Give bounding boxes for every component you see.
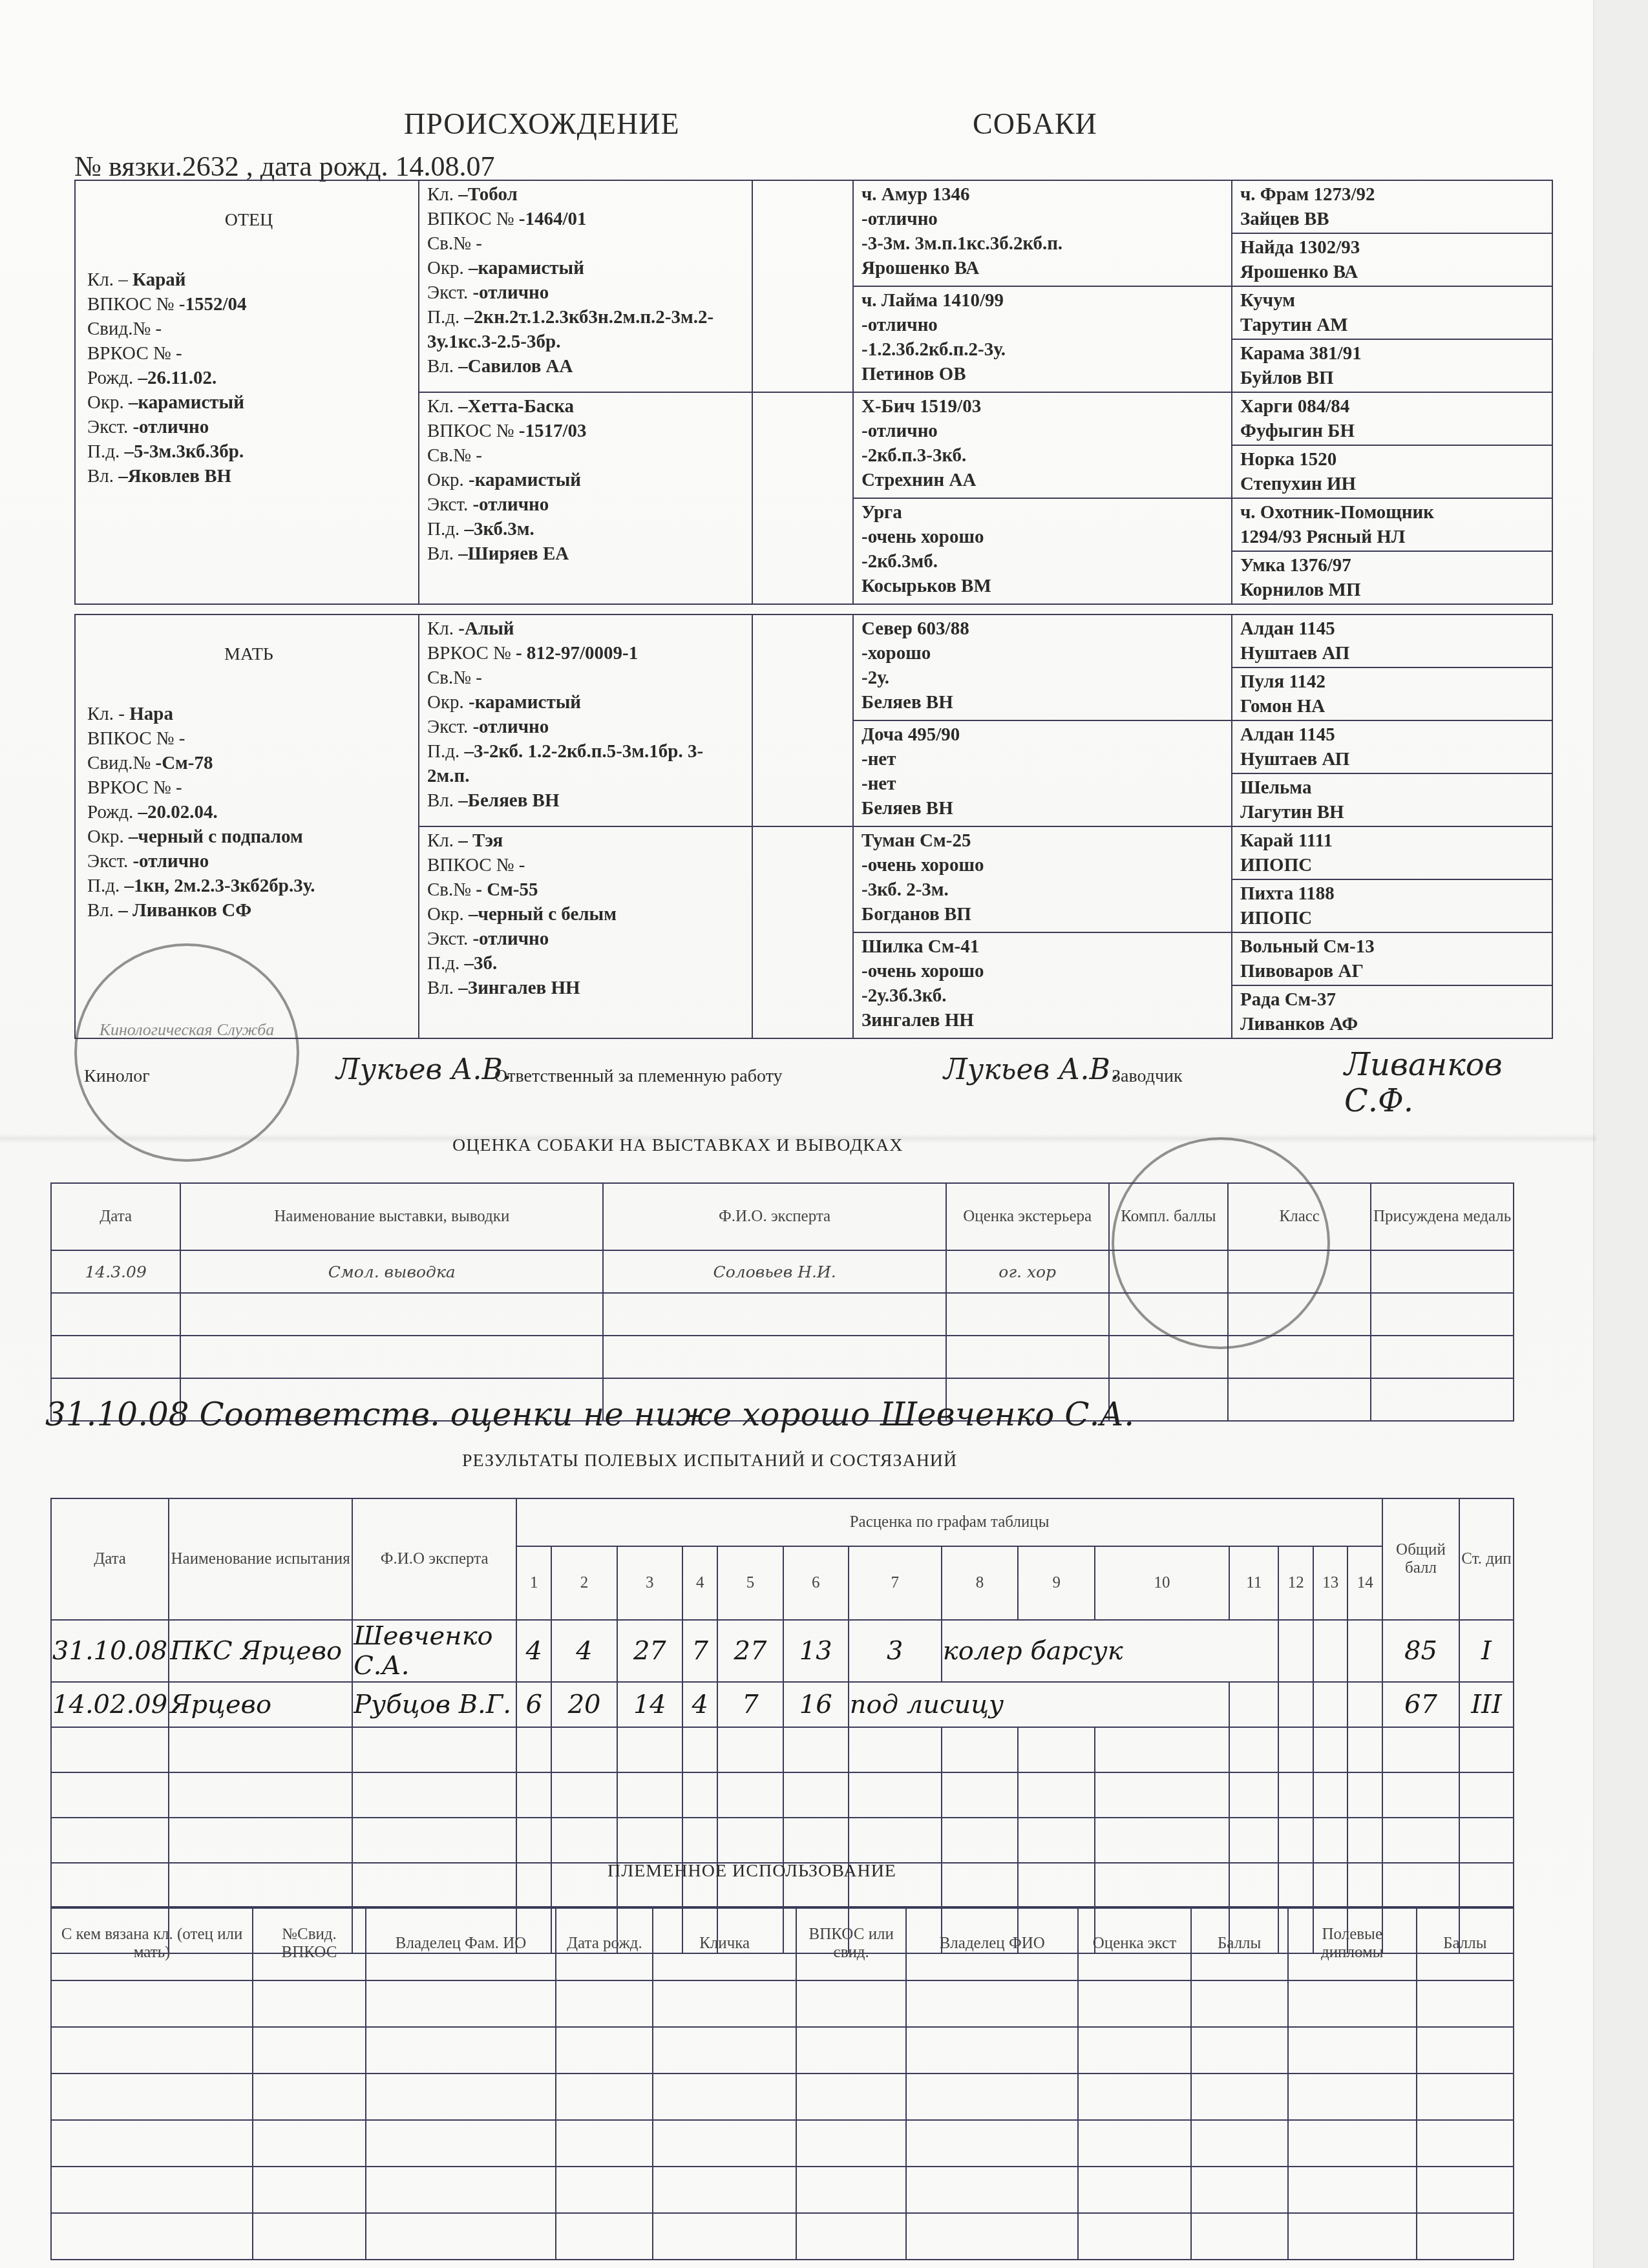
ancestor-line: Туман См-25 [861, 828, 1223, 853]
ancestor-line: -3кб. 2-3м. [861, 877, 1223, 902]
great-grandparent-cell: Урга-очень хорошо-2кб.3мб.Косырьков ВМ [853, 498, 1232, 604]
table-cell: Шевченко С.А. [352, 1620, 516, 1682]
score-cell [942, 1863, 1019, 1908]
pedigree-field: Кл. - Нара [87, 702, 410, 726]
shows-stamp [1112, 1137, 1330, 1349]
score-column-header: 2 [551, 1546, 617, 1620]
pedigree-field: Св.№ - [427, 443, 744, 468]
column-header: Владелец Фам. ИО [366, 1907, 556, 1980]
pedigree-field: Вл. – Ливанков СФ [87, 898, 410, 923]
ancestor-line: -отлично [861, 207, 1223, 231]
field-label: Кл. – [87, 269, 132, 290]
score-cell [1278, 1772, 1313, 1818]
field-label: Свид.№ [87, 753, 155, 773]
pedigree-field: Окр. –карамистый [87, 390, 410, 415]
table-cell [1078, 2027, 1190, 2074]
ancestor-line: -2кб.3мб. [861, 549, 1223, 574]
table-cell [1078, 2167, 1190, 2213]
score-cell: 7 [717, 1682, 783, 1727]
pedigree-row: ОТЕЦКл. – КарайВПКОС № -1552/04Свид.№ -В… [75, 180, 1552, 233]
pedigree-field: Экст. -отлично [427, 927, 744, 951]
total-cell [1382, 1818, 1459, 1863]
ancestor-line: -отлично [861, 419, 1223, 443]
table-cell [1288, 1980, 1417, 2027]
pedigree-field: П.д. –3кб.3м. [427, 517, 744, 541]
table-cell [796, 2120, 906, 2167]
pedigree-field: Рожд. –20.02.04. [87, 800, 410, 824]
table-cell: 14.3.09 [51, 1250, 180, 1293]
field-label: Вл. [427, 543, 458, 564]
score-column-header: 10 [1095, 1546, 1229, 1620]
shows-section-title: ОЦЕНКА СОБАКИ НА ВЫСТАВКАХ И ВЫВОДКАХ [452, 1135, 903, 1156]
field-label: Кл. [427, 396, 458, 417]
table-row [51, 2074, 1514, 2120]
pedigree-field: Кл. – Карай [87, 268, 410, 292]
score-cell: 4 [682, 1682, 717, 1727]
field-label: ВРКОС № - [87, 343, 182, 364]
pedigree-field: ВРКОС № - 812-97/0009-1 [427, 641, 744, 666]
ancestor-line: Зайцев ВВ [1240, 207, 1544, 231]
spacer-cell [752, 614, 853, 826]
table-cell: ПКС Ярцево [169, 1620, 352, 1682]
table-cell [51, 2074, 253, 2120]
field-label: Окр. [427, 470, 469, 490]
table-cell [366, 2074, 556, 2120]
table-cell [1191, 1980, 1288, 2027]
table-cell [180, 1336, 603, 1378]
ancestor-line: Харги 084/84 [1240, 394, 1544, 419]
ancestor-line: Кучум [1240, 288, 1544, 313]
field-value: –карамистый [469, 258, 584, 278]
ancestor-line: -очень хорошо [861, 959, 1223, 983]
table-cell [51, 1336, 180, 1378]
column-header: Дата [51, 1183, 180, 1250]
field-label: Экст. [87, 851, 132, 872]
pedigree-row: МАТЬКл. - НараВПКОС № -Свид.№ -См-78ВРКО… [75, 614, 1552, 667]
field-value: -1464/01 [519, 209, 587, 229]
table-cell [1288, 2074, 1417, 2120]
pedigree-field: Вл. –Беляев ВН [427, 788, 744, 813]
field-value: – Ливанков СФ [118, 900, 251, 921]
ancestor-line: Косырьков ВМ [861, 574, 1223, 598]
table-cell [169, 1727, 352, 1772]
great-grandparent-cell: ч. Амур 1346-отлично-3-3м. 3м.п.1кс.3б.2… [853, 180, 1232, 286]
pedigree-field: ВРКОС № - [87, 775, 410, 800]
ancestor-line: Карама 381/91 [1240, 341, 1544, 366]
field-label: Рожд. [87, 368, 138, 388]
field-value: –Савилов АА [458, 356, 573, 377]
field-label: Св.№ [427, 879, 476, 900]
responsible-signature: Лукьев А.В. [944, 1053, 1119, 1086]
table-row [51, 1980, 1514, 2027]
table-cell [796, 2213, 906, 2260]
table-cell [653, 2120, 796, 2167]
table-cell [51, 1772, 169, 1818]
table-cell [1417, 2027, 1514, 2074]
ancestor-line: ч. Охотник-Помощник [1240, 500, 1544, 525]
pedigree-field: Кл. –Тобол [427, 182, 744, 207]
table-cell [352, 1818, 516, 1863]
score-cell [551, 1772, 617, 1818]
table-cell [366, 2027, 556, 2074]
column-header: №Свид. ВПКОС [253, 1907, 366, 1980]
table-cell [253, 2027, 366, 2074]
table-cell [1078, 2074, 1190, 2120]
pedigree-field: Св.№ - [427, 666, 744, 690]
pedigree-field: ВРКОС № - [87, 341, 410, 366]
table-cell [1078, 2213, 1190, 2260]
pedigree-field: П.д. –2кн.2т.1.2.3кб3н.2м.п.2-3м.2-3у.1к… [427, 305, 744, 354]
field-label: Кл. [427, 830, 458, 851]
column-header-diploma: Ст. дип [1459, 1498, 1514, 1620]
table-cell: Соловьев Н.И. [603, 1250, 945, 1293]
ancestor-line: Буйлов ВП [1240, 366, 1544, 390]
breeding-section-title: ПЛЕМЕННОЕ ИСПОЛЬЗОВАНИЕ [607, 1861, 896, 1882]
table-cell [51, 1980, 253, 2027]
table-row [51, 1336, 1514, 1378]
table-cell [556, 2027, 653, 2074]
ancestor-line: Беляев ВН [861, 796, 1223, 821]
field-label: Окр. [87, 826, 129, 847]
table-cell [946, 1293, 1109, 1336]
table-cell [51, 2120, 253, 2167]
pedigree-field: Св.№ - [427, 231, 744, 256]
table-cell [946, 1336, 1109, 1378]
table-row [51, 2167, 1514, 2213]
field-value: -Алый [458, 618, 514, 639]
score-cell [1018, 1863, 1095, 1908]
score-column-header: 8 [942, 1546, 1019, 1620]
score-cell [1018, 1772, 1095, 1818]
score-cell [1347, 1863, 1382, 1908]
great-great-grandparent-cell: Умка 1376/97Корнилов МП [1232, 551, 1552, 604]
score-cell [1313, 1772, 1347, 1818]
great-great-grandparent-cell: Норка 1520Степухин ИН [1232, 445, 1552, 498]
score-cell [516, 1727, 551, 1772]
ancestor-line: Зингалев НН [861, 1008, 1223, 1033]
table-cell [1191, 2074, 1288, 2120]
stamp-text: Кинологическая Служба [77, 1017, 297, 1043]
ancestor-line: Фуфыгин БН [1240, 419, 1544, 443]
table-cell [653, 2027, 796, 2074]
ancestor-line: -нет [861, 747, 1223, 772]
score-cell: 7 [682, 1620, 717, 1682]
pedigree-field: Кл. -Алый [427, 616, 744, 641]
field-value: –черный с подпалом [129, 826, 303, 847]
table-row [51, 2213, 1514, 2260]
signatures-row: Кинолог Лукьев А.В. Ответственный за пле… [84, 1060, 1570, 1098]
pedigree-field: Свид.№ -См-78 [87, 751, 410, 775]
field-label: ВПКОС № - [87, 294, 185, 315]
litter-info: № вязки.2632 , дата рожд. 14.08.07 [74, 150, 494, 183]
field-value: –5-3м.3кб.3бр. [124, 441, 244, 462]
ancestor-line: Пивоваров АГ [1240, 959, 1544, 983]
field-label: ВПКОС № - [87, 728, 185, 749]
score-cell [1313, 1620, 1347, 1682]
field-value: –1кн, 2м.2.3-3кб2бр.3у. [124, 876, 315, 896]
score-cell: 27 [717, 1620, 783, 1682]
pedigree-field: Экст. -отлично [87, 415, 410, 439]
field-value: Карай [132, 269, 185, 290]
pedigree-field: Вл. –Ширяев ЕА [427, 541, 744, 566]
column-header: Оценка экстерьера [946, 1183, 1109, 1250]
table-cell: Смол. выводка [180, 1250, 603, 1293]
great-great-grandparent-cell: ч. Охотник-Помощник1294/93 Рясный НЛ [1232, 498, 1552, 551]
field-label: Окр. [87, 392, 129, 413]
field-value: -карамистый [469, 470, 581, 490]
field-value: –Тобол [458, 184, 518, 205]
score-column-header: 3 [617, 1546, 682, 1620]
great-great-grandparent-cell: Алдан 1145Нуштаев АП [1232, 614, 1552, 667]
pedigree-field: Экст. -отлично [427, 715, 744, 739]
table-cell [253, 2120, 366, 2167]
table-cell [253, 2074, 366, 2120]
ancestor-line: Урга [861, 500, 1223, 525]
ancestor-line: Богданов ВП [861, 902, 1223, 927]
breeder-signature: Ливанков С.Ф. [1344, 1047, 1570, 1119]
table-cell [1417, 2120, 1514, 2167]
table-cell [556, 2074, 653, 2120]
ancestor-line: Пуля 1142 [1240, 669, 1544, 694]
score-cell [717, 1772, 783, 1818]
diploma-cell: III [1459, 1682, 1514, 1727]
field-label: Экст. [427, 929, 472, 949]
table-cell [1417, 2213, 1514, 2260]
score-cell [942, 1727, 1019, 1772]
column-header-total: Общий балл [1382, 1498, 1459, 1620]
parent-cell: ОТЕЦКл. – КарайВПКОС № -1552/04Свид.№ -В… [75, 180, 419, 604]
table-cell [366, 1980, 556, 2027]
field-label: П.д. [427, 307, 464, 328]
handwritten-exterior-note: 31.10.08 Соответств. оценки не ниже хоро… [45, 1396, 1134, 1433]
score-cell [1313, 1682, 1347, 1727]
table-cell [653, 2213, 796, 2260]
score-cell [783, 1727, 849, 1772]
table-row: 14.02.09ЯрцевоРубцов В.Г.620144716под ли… [51, 1682, 1514, 1727]
field-label: Вл. [87, 900, 118, 921]
score-cell: 20 [551, 1682, 617, 1727]
score-column-header: 4 [682, 1546, 717, 1620]
field-label: ВПКОС № [427, 421, 519, 441]
score-cell: под лисицу [849, 1682, 1229, 1727]
kinolog-signature: Лукьев А.В. [336, 1053, 512, 1086]
ancestor-line: ИПОПС [1240, 906, 1544, 930]
pedigree-field: Окр. –черный с белым [427, 902, 744, 927]
field-value: -отлично [132, 417, 209, 437]
ancestor-line: ч. Фрам 1273/92 [1240, 182, 1544, 207]
field-value: –карамистый [129, 392, 244, 413]
score-cell [1229, 1863, 1278, 1908]
field-label: Вл. [427, 356, 458, 377]
table-cell [253, 2167, 366, 2213]
score-cell [783, 1818, 849, 1863]
table-cell [1191, 2167, 1288, 2213]
table-cell [1228, 1378, 1371, 1421]
score-cell [1347, 1818, 1382, 1863]
score-cell [1229, 1772, 1278, 1818]
field-value: –2кн.2т.1.2.3кб3н.2м.п.2-3м.2-3у.1кс.3-2… [427, 307, 713, 352]
ancestor-line: Корнилов МП [1240, 578, 1544, 602]
table-cell [906, 1980, 1078, 2027]
field-value: –Хетта-Баска [458, 396, 574, 417]
score-cell [1347, 1727, 1382, 1772]
great-grandparent-cell: Север 603/88-хорошо-2у.Беляев ВН [853, 614, 1232, 720]
column-header: Дата рожд. [556, 1907, 653, 1980]
score-cell [516, 1818, 551, 1863]
field-label: Вл. [427, 978, 458, 998]
field-value: –черный с белым [469, 904, 617, 925]
score-cell [1229, 1727, 1278, 1772]
ancestor-line: Беляев ВН [861, 690, 1223, 715]
score-cell [1095, 1727, 1229, 1772]
great-great-grandparent-cell: ч. Фрам 1273/92Зайцев ВВ [1232, 180, 1552, 233]
kinolog-stamp: Кинологическая Служба [74, 943, 299, 1162]
table-cell [169, 1772, 352, 1818]
field-trials-section-title: РЕЗУЛЬТАТЫ ПОЛЕВЫХ ИСПЫТАНИЙ И СОСТЯЗАНИ… [462, 1451, 957, 1471]
ancestor-line: Нуштаев АП [1240, 747, 1544, 772]
field-value: – Тэя [458, 830, 503, 851]
table-cell [1191, 2027, 1288, 2074]
field-value: -отлично [472, 282, 549, 303]
field-label: Экст. [427, 717, 472, 737]
score-cell: 3 [849, 1620, 942, 1682]
pedigree-field: Экст. -отлично [87, 849, 410, 874]
table-cell [1371, 1250, 1514, 1293]
table-cell [796, 1980, 906, 2027]
table-cell [556, 1980, 653, 2027]
score-column-header: 9 [1018, 1546, 1095, 1620]
score-cell: 16 [783, 1682, 849, 1727]
score-cell [682, 1727, 717, 1772]
score-cell: 4 [516, 1620, 551, 1682]
pedigree-field: ВПКОС № -1464/01 [427, 207, 744, 231]
pedigree-field: Рожд. –26.11.02. [87, 366, 410, 390]
ancestor-line: Пихта 1188 [1240, 881, 1544, 906]
score-cell: 27 [617, 1620, 682, 1682]
table-cell [653, 2167, 796, 2213]
score-column-header: 14 [1347, 1546, 1382, 1620]
ancestor-line: ч. Амур 1346 [861, 182, 1223, 207]
ancestor-line: -нет [861, 772, 1223, 796]
table-cell [180, 1293, 603, 1336]
table-cell: Рубцов В.Г. [352, 1682, 516, 1727]
column-header: Кличка [653, 1907, 796, 1980]
table-cell [906, 2120, 1078, 2167]
field-label: Окр. [427, 692, 469, 713]
great-grandparent-cell: Туман См-25-очень хорошо-3кб. 2-3м.Богда… [853, 826, 1232, 932]
field-value: -См-78 [155, 753, 213, 773]
field-value: –Ширяев ЕА [458, 543, 569, 564]
table-cell [1078, 1980, 1190, 2027]
ancestor-line: Шилка См-41 [861, 934, 1223, 959]
great-great-grandparent-cell: Рада См-37Ливанков АФ [1232, 985, 1552, 1038]
field-value: -1517/03 [519, 421, 587, 441]
column-header: Полевые дипломы [1288, 1907, 1417, 1980]
field-label: Свид.№ - [87, 319, 162, 339]
field-label: Окр. [427, 904, 469, 925]
score-cell [1278, 1682, 1313, 1727]
field-value: -отлично [472, 929, 549, 949]
total-cell [1382, 1727, 1459, 1772]
parent-heading: МАТЬ [87, 642, 410, 667]
table-cell [906, 2167, 1078, 2213]
field-label: Экст. [427, 282, 472, 303]
field-label: Экст. [87, 417, 132, 437]
grandparent-cell: Кл. -АлыйВРКОС № - 812-97/0009-1Св.№ -Ок… [419, 614, 752, 826]
ancestor-line: Вольный См-13 [1240, 934, 1544, 959]
score-column-header: 11 [1229, 1546, 1278, 1620]
ancestor-line: Шельма [1240, 775, 1544, 800]
table-row [51, 1818, 1514, 1863]
field-value: –3-2кб. 1.2-2кб.п.5-3м.1бр. 3-2м.п. [427, 741, 703, 786]
table-cell [1078, 2120, 1190, 2167]
great-great-grandparent-cell: Карай 1111ИПОПС [1232, 826, 1552, 879]
table-cell [1417, 2167, 1514, 2213]
table-cell [366, 2120, 556, 2167]
table-cell [352, 1727, 516, 1772]
table-cell [169, 1863, 352, 1908]
table-cell [51, 1293, 180, 1336]
table-cell [556, 2213, 653, 2260]
pedigree-field: П.д. –3-2кб. 1.2-2кб.п.5-3м.1бр. 3-2м.п. [427, 739, 744, 788]
field-value: - См-55 [476, 879, 538, 900]
great-great-grandparent-cell: Харги 084/84Фуфыгин БН [1232, 392, 1552, 445]
ancestor-line: Север 603/88 [861, 616, 1223, 641]
column-header: Ф.И.О. эксперта [603, 1183, 945, 1250]
ancestor-line: -1.2.3б.2кб.п.2-3у. [861, 337, 1223, 362]
table-row [51, 1772, 1514, 1818]
breeder-label: Заводчик [1112, 1066, 1183, 1087]
ancestor-line: Карай 1111 [1240, 828, 1544, 853]
great-grandparent-cell: Х-Бич 1519/03-отлично-2кб.п.3-3кб.Стрехн… [853, 392, 1232, 498]
pedigree-field: Вл. –Зингалев НН [427, 976, 744, 1000]
pedigree-field: П.д. –1кн, 2м.2.3-3кб2бр.3у. [87, 874, 410, 898]
pedigree-field: П.д. –5-3м.3кб.3бр. [87, 439, 410, 464]
field-value: –3кб.3м. [464, 519, 534, 540]
parent-heading: ОТЕЦ [87, 208, 410, 233]
field-value: –Зингалев НН [458, 978, 580, 998]
table-cell [906, 2027, 1078, 2074]
score-cell [551, 1727, 617, 1772]
field-value: - 812-97/0009-1 [516, 643, 638, 664]
score-cell [783, 1772, 849, 1818]
score-cell [516, 1863, 551, 1908]
column-header: Присуждена медаль [1371, 1183, 1514, 1250]
score-cell: 14 [617, 1682, 682, 1727]
pedigree-field: Св.№ - См-55 [427, 877, 744, 902]
column-header-scores-group: Расценка по графам таблицы [516, 1498, 1382, 1546]
field-label: П.д. [427, 741, 464, 762]
field-label: ВРКОС № [427, 643, 516, 664]
column-header-expert: Ф.И.О эксперта [352, 1498, 516, 1620]
document-title: ПРОИСХОЖДЕНИЕ СОБАКИ [0, 107, 1596, 145]
table-cell [1417, 2074, 1514, 2120]
great-grandparent-cell: Шилка См-41-очень хорошо-2у.3б.3кб.Зинга… [853, 932, 1232, 1038]
score-cell [717, 1818, 783, 1863]
score-cell [1018, 1727, 1095, 1772]
ancestor-line: -очень хорошо [861, 853, 1223, 877]
diploma-cell [1459, 1727, 1514, 1772]
field-value: -отлично [132, 851, 209, 872]
field-label: Св.№ - [427, 233, 482, 254]
responsible-label: Ответственный за племенную работу [494, 1066, 783, 1087]
total-cell [1382, 1772, 1459, 1818]
pedigree-field: Окр. –черный с подпалом [87, 824, 410, 849]
score-cell [849, 1818, 942, 1863]
pedigree-field: Окр. -карамистый [427, 690, 744, 715]
table-cell [253, 2213, 366, 2260]
score-cell [682, 1818, 717, 1863]
